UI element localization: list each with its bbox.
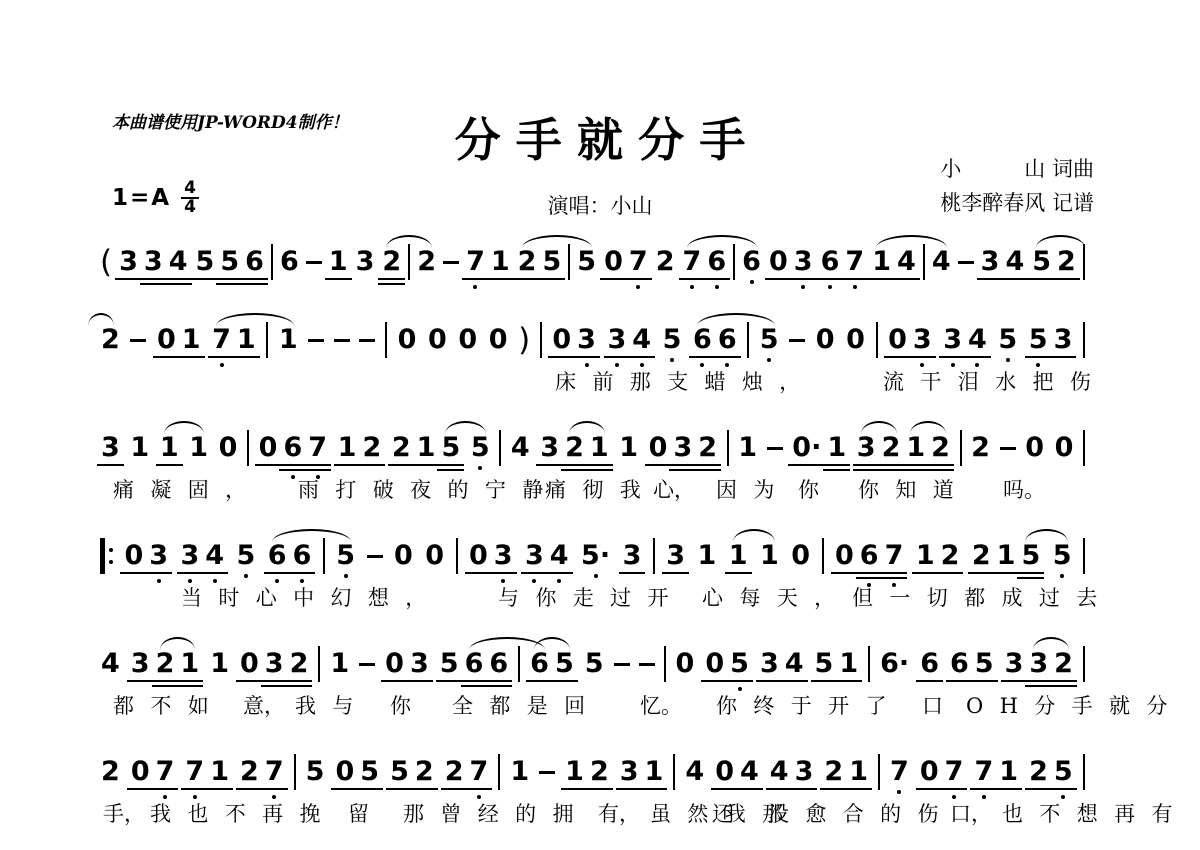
lyric-segment: 你 xyxy=(798,475,835,505)
lyric-segment: 我也不再挽 xyxy=(150,799,337,829)
lyric-segment: 与你走过开 xyxy=(498,583,685,613)
barline xyxy=(1083,646,1085,682)
note-underline xyxy=(868,278,895,280)
note-token: 1 xyxy=(179,651,200,677)
beam-group: 05 xyxy=(334,759,380,785)
note-token: 7 xyxy=(973,759,994,785)
slur-arc xyxy=(534,637,570,650)
note-underline xyxy=(645,464,672,466)
note-token: 7 xyxy=(155,759,176,785)
score-system: 207712750552271123140443217077125手，我也不再挽… xyxy=(100,743,1100,829)
beam-group: 12 xyxy=(915,543,961,569)
note-underline xyxy=(823,464,850,466)
beam-group: 25 xyxy=(1028,759,1074,785)
barline xyxy=(727,430,729,466)
beam-group xyxy=(359,327,375,353)
lyric-segment: 吗。 xyxy=(1003,475,1045,505)
repeat-dots xyxy=(109,548,113,564)
beam-group: 7 xyxy=(889,759,910,785)
beam-group: 215 xyxy=(971,543,1041,569)
barline xyxy=(540,322,542,358)
beam-group: 1 xyxy=(697,543,718,569)
note-underline xyxy=(878,469,905,471)
music-row: 207712750552271123140443217077125 xyxy=(100,743,1085,799)
note-underline xyxy=(97,464,124,466)
lyric-segment: 手， xyxy=(103,799,145,829)
beam-group: 0 xyxy=(845,327,866,353)
note-underline xyxy=(279,464,306,466)
beam-group: 03 xyxy=(551,327,597,353)
beam-group xyxy=(568,249,570,275)
note-token: 2 xyxy=(697,435,718,461)
note-token: 5 xyxy=(759,327,780,353)
note-token: 3 xyxy=(622,543,643,569)
beam-group xyxy=(1083,249,1085,275)
lyric-segment: 还 xyxy=(712,799,749,829)
note-underline xyxy=(912,572,939,574)
barline xyxy=(318,646,320,682)
key-time-signature: 1=A 4 4 xyxy=(112,181,199,215)
beam-group xyxy=(100,543,113,569)
note-underline xyxy=(304,464,331,466)
note-token: 0 xyxy=(427,327,448,353)
note-token: 1 xyxy=(697,543,718,569)
note-underline xyxy=(261,680,288,682)
note-token: 4 xyxy=(967,327,988,353)
octave-dot xyxy=(594,574,598,578)
barline xyxy=(271,244,273,280)
note-token: 3 xyxy=(1004,651,1025,677)
note-token: 5 xyxy=(219,249,240,275)
note-token: 2 xyxy=(100,759,121,785)
lyric-segment: 口， xyxy=(950,799,992,829)
score-system: (334556613227125507276603671443452 xyxy=(100,233,1100,289)
note-underline xyxy=(600,278,627,280)
note-token: 3 xyxy=(355,249,376,275)
octave-dot xyxy=(670,358,674,362)
note-underline xyxy=(536,464,563,466)
note-token: 6 xyxy=(267,543,288,569)
note-token: 0 xyxy=(603,249,624,275)
note-token: 2 xyxy=(823,759,844,785)
repeat-begin-sign xyxy=(100,538,113,574)
note-token: 3 xyxy=(1028,651,1049,677)
beam-group: 321 xyxy=(130,651,200,677)
barline xyxy=(499,430,501,466)
note-token: 0 xyxy=(488,327,509,353)
note-underline xyxy=(616,788,643,790)
note-underline xyxy=(140,283,167,285)
beam-group: 067 xyxy=(834,543,904,569)
note-underline xyxy=(628,356,655,358)
note-token: 3 xyxy=(619,759,640,785)
beam-group: 6 xyxy=(741,249,762,275)
note-underline xyxy=(968,572,995,574)
note-token: 3 xyxy=(493,543,514,569)
note-underline xyxy=(538,278,565,280)
beam-group: 1 xyxy=(759,543,780,569)
beam-group: 76 xyxy=(682,249,728,275)
lyric-segment: 全都是回 xyxy=(452,691,602,721)
lyric-segment: 有， xyxy=(598,799,640,829)
beam-group: 05 xyxy=(704,651,750,677)
note-underline xyxy=(703,278,730,280)
note-token: 1 xyxy=(209,651,230,677)
beam-group: 27 xyxy=(444,759,490,785)
beam-group: 03 xyxy=(768,249,814,275)
beam-group: 6 xyxy=(919,651,940,677)
beam-group xyxy=(539,759,555,785)
lyric-segment: 口 xyxy=(922,691,959,721)
time-signature-denominator: 4 xyxy=(184,200,196,215)
note-underline xyxy=(884,356,911,358)
note-token: 6· xyxy=(879,651,910,677)
beam-group: 6· xyxy=(879,651,910,677)
augmentation-dot: · xyxy=(899,652,909,678)
beam-group: 5 xyxy=(584,651,605,677)
beam-group: 3 xyxy=(622,543,643,569)
note-underline xyxy=(233,356,260,358)
note-underline xyxy=(765,278,792,280)
note-token: 0 xyxy=(1054,435,1075,461)
note-underline xyxy=(461,680,488,682)
note-token: 2 xyxy=(517,249,538,275)
note-underline xyxy=(820,788,847,790)
time-signature-numerator: 4 xyxy=(184,181,196,196)
octave-dot xyxy=(344,574,348,578)
note-underline xyxy=(893,278,920,280)
note-underline xyxy=(165,278,192,280)
note-underline xyxy=(176,680,203,682)
note-underline xyxy=(1001,680,1028,682)
note-token: 0 xyxy=(919,759,940,785)
note-token: 1 xyxy=(644,759,665,785)
augmentation-dot: · xyxy=(600,544,610,570)
slur-arc xyxy=(164,421,204,434)
credits-block: 小 山 词曲 桃李醉春风 记谱 xyxy=(940,152,1094,220)
slur-arc xyxy=(522,235,592,248)
octave-dot xyxy=(473,285,477,289)
note-token: 3 xyxy=(524,543,545,569)
note-underline xyxy=(236,788,263,790)
note-token: 4 xyxy=(204,543,225,569)
note-underline xyxy=(289,572,316,574)
note-underline xyxy=(946,680,973,682)
slur-arc xyxy=(876,235,947,248)
octave-dot xyxy=(801,285,805,289)
note-underline xyxy=(853,469,880,471)
beam-group xyxy=(385,327,387,353)
beam-group: 07 xyxy=(130,759,176,785)
note-token: 3 xyxy=(794,759,815,785)
lyric-segment: 也不想再有 xyxy=(1002,799,1189,829)
beam-group xyxy=(130,327,146,353)
note-token: 0 xyxy=(675,651,696,677)
note-token: 7 xyxy=(944,759,965,785)
note-underline xyxy=(1050,685,1077,687)
beam-group: 03 xyxy=(123,543,169,569)
note-underline xyxy=(514,278,541,280)
slur-arc xyxy=(861,421,897,434)
beam-group: 2 xyxy=(100,327,121,353)
note-underline xyxy=(526,680,553,682)
slur-arc xyxy=(697,313,775,326)
note-underline xyxy=(546,572,573,574)
beam-group xyxy=(1083,435,1085,461)
note-underline xyxy=(853,464,880,466)
note-token: 0 xyxy=(815,327,836,353)
beam-group xyxy=(878,759,880,785)
lyrics-row: 床前那支蜡烛，流干泪水把伤 xyxy=(100,367,1085,397)
beam-group: 4 xyxy=(510,435,531,461)
beam-group: 332 xyxy=(1004,651,1074,677)
key-signature: 1=A xyxy=(112,185,171,211)
lyric-segment: 雨打破夜的宁静 xyxy=(298,475,560,505)
note-underline xyxy=(964,356,991,358)
note-token: 0 xyxy=(258,435,279,461)
beam-group xyxy=(266,327,268,353)
note-token: 3 xyxy=(856,435,877,461)
barline xyxy=(653,538,655,574)
note-token: 0 xyxy=(130,759,151,785)
note-token: 5 xyxy=(1020,543,1041,569)
beam-group: 4 xyxy=(100,651,121,677)
note-underline xyxy=(156,464,183,466)
note-token: 0 xyxy=(384,651,405,677)
score: (334556613227125507276603671443452201711… xyxy=(100,233,1100,850)
beam-group: 5 xyxy=(997,327,1018,353)
note-token: 6 xyxy=(706,249,727,275)
note-token: 1 xyxy=(915,543,936,569)
octave-dot xyxy=(478,466,482,470)
beam-group: 0 xyxy=(815,327,836,353)
beam-group: 03 xyxy=(384,651,430,677)
note-underline xyxy=(662,572,689,574)
beam-group: 34 xyxy=(524,543,570,569)
barline xyxy=(294,754,296,790)
note-token: 0 xyxy=(393,543,414,569)
beam-group: 14 xyxy=(871,249,917,275)
lyrics-row: 都不如意，我与你全都是回忆。你终于开了口OH分手就分 xyxy=(100,691,1085,721)
beam-group xyxy=(727,435,729,461)
note-underline xyxy=(413,464,440,466)
note-token: 1 xyxy=(159,435,180,461)
beam-group: 6 xyxy=(279,249,300,275)
beam-group xyxy=(789,327,805,353)
beam-group: 53 xyxy=(1028,327,1074,353)
beam-group: 67 xyxy=(820,249,866,275)
note-underline xyxy=(573,356,600,358)
lyric-segment: 你知道 xyxy=(858,475,970,505)
note-token: 1 xyxy=(826,435,847,461)
music-row: 033456650003345·331110067122155 xyxy=(100,527,1085,583)
note-underline xyxy=(811,680,838,682)
note-token: 5 xyxy=(814,651,835,677)
note-underline xyxy=(586,469,613,471)
beam-group: 1 xyxy=(329,651,350,677)
beam-group: 0 xyxy=(675,651,696,677)
note-underline xyxy=(1001,278,1028,280)
note-underline xyxy=(264,572,291,574)
note-token: 6 xyxy=(488,651,509,677)
note-token: 2 xyxy=(564,435,585,461)
note-token: 0 xyxy=(768,249,789,275)
note-token: 5 xyxy=(576,249,597,275)
beam-group: 2 xyxy=(416,249,437,275)
beam-group: 2 xyxy=(970,435,991,461)
barline xyxy=(266,322,268,358)
note-underline xyxy=(152,685,179,687)
note-token: 3 xyxy=(143,249,164,275)
lyric-segment: 我与 xyxy=(295,691,370,721)
note-underline xyxy=(856,572,883,574)
note-underline xyxy=(970,788,997,790)
note-token: 5 xyxy=(236,543,257,569)
note-token: 4 xyxy=(896,249,917,275)
note-token: 2 xyxy=(970,435,991,461)
note-token: 1 xyxy=(848,759,869,785)
lyric-segment: 留 xyxy=(348,799,385,829)
note-underline xyxy=(120,572,147,574)
note-token: 3 xyxy=(130,651,151,677)
beam-group: 34 xyxy=(942,327,988,353)
note-token: 5 xyxy=(1053,759,1074,785)
note-underline xyxy=(406,680,433,682)
beam-group: 71 xyxy=(465,249,511,275)
note-token: 7 xyxy=(628,249,649,275)
slur-arc xyxy=(1025,529,1068,542)
beam-group xyxy=(1083,327,1085,353)
beam-group: 032 xyxy=(239,651,309,677)
beam-group xyxy=(499,435,501,461)
note-token: 2 xyxy=(930,435,951,461)
note-underline xyxy=(736,788,763,790)
beam-group: 43 xyxy=(769,759,815,785)
beam-group: 5 xyxy=(305,759,326,785)
note-underline xyxy=(823,469,850,471)
beam-group: 1 xyxy=(737,435,758,461)
lyric-segment: 意， xyxy=(243,691,285,721)
note-token: 0 xyxy=(239,651,260,677)
note-underline xyxy=(790,278,817,280)
note-underline xyxy=(791,788,818,790)
barline xyxy=(878,754,880,790)
slur-arc xyxy=(733,529,775,542)
time-signature: 4 4 xyxy=(181,181,199,215)
note-underline xyxy=(669,464,696,466)
note-underline xyxy=(201,572,228,574)
lyric-segment: 但一切都成过去 xyxy=(852,583,1114,613)
beam-group xyxy=(822,543,824,569)
slur-arc xyxy=(160,637,195,650)
note-token: 7 xyxy=(844,249,865,275)
note-underline xyxy=(679,278,706,280)
octave-dot xyxy=(853,285,857,289)
beam-group: 0·1 xyxy=(791,435,847,461)
note-underline xyxy=(490,572,517,574)
lyric-segment: 流干泪水把伤 xyxy=(883,367,1107,397)
barline xyxy=(876,322,878,358)
lyric-segment: 你终于开了 xyxy=(716,691,903,721)
note-token: 3 xyxy=(665,543,686,569)
barline xyxy=(664,646,666,682)
note-token: 2 xyxy=(289,651,310,677)
slur-arc xyxy=(386,235,432,248)
beam-group: 71 xyxy=(973,759,1019,785)
beam-group: 31 xyxy=(619,759,665,785)
note-token: 5 xyxy=(584,651,605,677)
note-underline xyxy=(115,278,142,280)
barline xyxy=(960,430,962,466)
note-token: 4 xyxy=(784,651,805,677)
lyric-segment: 没愈合的伤 xyxy=(768,799,955,829)
note-token: 3 xyxy=(100,435,121,461)
beam-group xyxy=(247,435,249,461)
note-underline xyxy=(386,788,413,790)
note-underline xyxy=(551,680,578,682)
note-token: 2 xyxy=(655,249,676,275)
score-system: 2017110000)03345665000334553床前那支蜡烛，流干泪水把… xyxy=(100,311,1100,397)
note-underline xyxy=(939,356,966,358)
note-underline xyxy=(1017,577,1044,579)
beam-group xyxy=(518,651,520,677)
note-token: 2 xyxy=(361,435,382,461)
duration-dash xyxy=(308,339,324,342)
beam-group: 65 xyxy=(529,651,575,677)
note-underline xyxy=(462,278,489,280)
note-token: 2 xyxy=(416,249,437,275)
note-underline xyxy=(971,680,998,682)
note-underline xyxy=(1053,278,1080,280)
beam-group: 3 xyxy=(355,249,376,275)
note-underline xyxy=(927,464,954,466)
note-token: 5 xyxy=(974,651,995,677)
note-underline xyxy=(817,278,844,280)
note-token: 4 xyxy=(100,651,121,677)
barline xyxy=(747,322,749,358)
note-underline xyxy=(604,356,631,358)
note-token: 7 xyxy=(264,759,285,785)
beam-group: 66 xyxy=(692,327,738,353)
note-underline xyxy=(881,572,908,574)
note-underline xyxy=(689,356,716,358)
lyrics-row: 手，我也不再挽留那曾经的拥有，虽然我那还没愈合的伤口，也不想再有 xyxy=(100,799,1085,829)
beam-group: 1 xyxy=(188,435,209,461)
note-token: 3 xyxy=(980,249,1001,275)
beam-group: 52 xyxy=(1031,249,1077,275)
note-token: 2 xyxy=(391,435,412,461)
note-underline xyxy=(331,788,358,790)
barline xyxy=(673,754,675,790)
score-system: 311100671221554321103210·13212200痛凝固，雨打破… xyxy=(100,419,1100,505)
beam-group: 0 xyxy=(457,327,478,353)
note-underline xyxy=(1017,572,1044,574)
beam-group: 52 xyxy=(389,759,435,785)
note-token: 0 xyxy=(551,327,572,353)
note-token: 2 xyxy=(381,249,402,275)
note-underline xyxy=(261,685,288,687)
beam-group xyxy=(367,543,383,569)
note-token: 7 xyxy=(889,759,910,785)
beam-group xyxy=(323,543,325,569)
duration-dash xyxy=(767,447,783,450)
note-token: 7 xyxy=(682,249,703,275)
note-underline xyxy=(140,278,167,280)
beam-group: 1 xyxy=(209,651,230,677)
octave-dot xyxy=(1006,358,1010,362)
duration-dash xyxy=(367,555,383,558)
beam-group: 0 xyxy=(1054,435,1075,461)
